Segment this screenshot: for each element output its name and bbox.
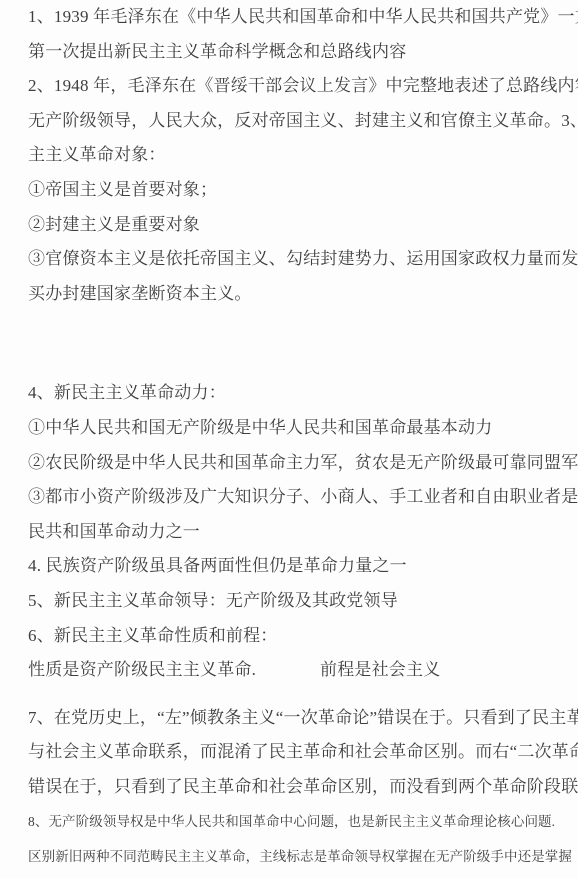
doc-line: ①中华人民共和国无产阶级是中华人民共和国革命最基本动力 [28, 411, 552, 446]
doc-line: 8、无产阶级领导权是中华人民共和国革命中心问题，也是新民主主义革命理论核心问题. [28, 804, 552, 839]
doc-line: ③官僚资本主义是依托帝国主义、勾结封建势力、运用国家政权力量而发展起来 [28, 242, 552, 277]
doc-line-split: 性质是资产阶级民主主义革命.前程是社会主义 [28, 653, 552, 688]
doc-line: 7、在党历史上，“左”倾教条主义“一次革命论”错误在于。只看到了民主革命 [28, 701, 552, 736]
doc-line: 4、新民主主义革命动力： [28, 376, 552, 411]
paragraph-gap [28, 688, 552, 701]
doc-line: 主主义革命对象： [28, 138, 552, 173]
doc-line: ①帝国主义是首要对象； [28, 173, 552, 208]
doc-line-nature: 性质是资产阶级民主主义革命. [28, 653, 320, 688]
doc-line: 4. 民族资产阶级虽具备两面性但仍是革命力量之一 [28, 549, 552, 584]
doc-line: 与社会主义革命联系，而混淆了民主革命和社会革命区别。而右“二次革命论” [28, 735, 552, 770]
blank-gap [28, 311, 552, 376]
doc-line: 第一次提出新民主主义革命科学概念和总路线内容 [28, 35, 552, 70]
doc-line: 5、新民主主义革命领导：无产阶级及其政党领导 [28, 584, 552, 619]
doc-line-future: 前程是社会主义 [320, 653, 440, 688]
doc-line: 买办封建国家垄断资本主义。 [28, 277, 552, 312]
doc-line: 区别新旧两种不同范畴民主主义革命，主线标志是革命领导权掌握在无产阶级手中还是掌握 [28, 839, 552, 874]
doc-line: 错误在于，只看到了民主革命和社会革命区别，而没看到两个革命阶段联系。 [28, 770, 552, 805]
doc-line: ③都市小资产阶级涉及广大知识分子、小商人、手工业者和自由职业者是中华人 [28, 480, 552, 515]
doc-line: 民共和国革命动力之一 [28, 515, 552, 550]
doc-line: 无产阶级领导，人民大众，反对帝国主义、封建主义和官僚主义革命。3、新民 [28, 104, 552, 139]
doc-line: 6、新民主主义革命性质和前程： [28, 619, 552, 654]
doc-line: ②农民阶级是中华人民共和国革命主力军，贫农是无产阶级最可靠同盟军 [28, 446, 552, 481]
doc-line: ②封建主义是重要对象 [28, 208, 552, 243]
doc-line: 2、1948 年，毛泽东在《晋绥干部会议上发言》中完整地表述了总路线内容，即 [28, 69, 552, 104]
doc-line: 1、1939 年毛泽东在《中华人民共和国革命和中华人民共和国共产党》一文中， [28, 0, 552, 35]
document-page: 1、1939 年毛泽东在《中华人民共和国革命和中华人民共和国共产党》一文中， 第… [0, 0, 578, 879]
